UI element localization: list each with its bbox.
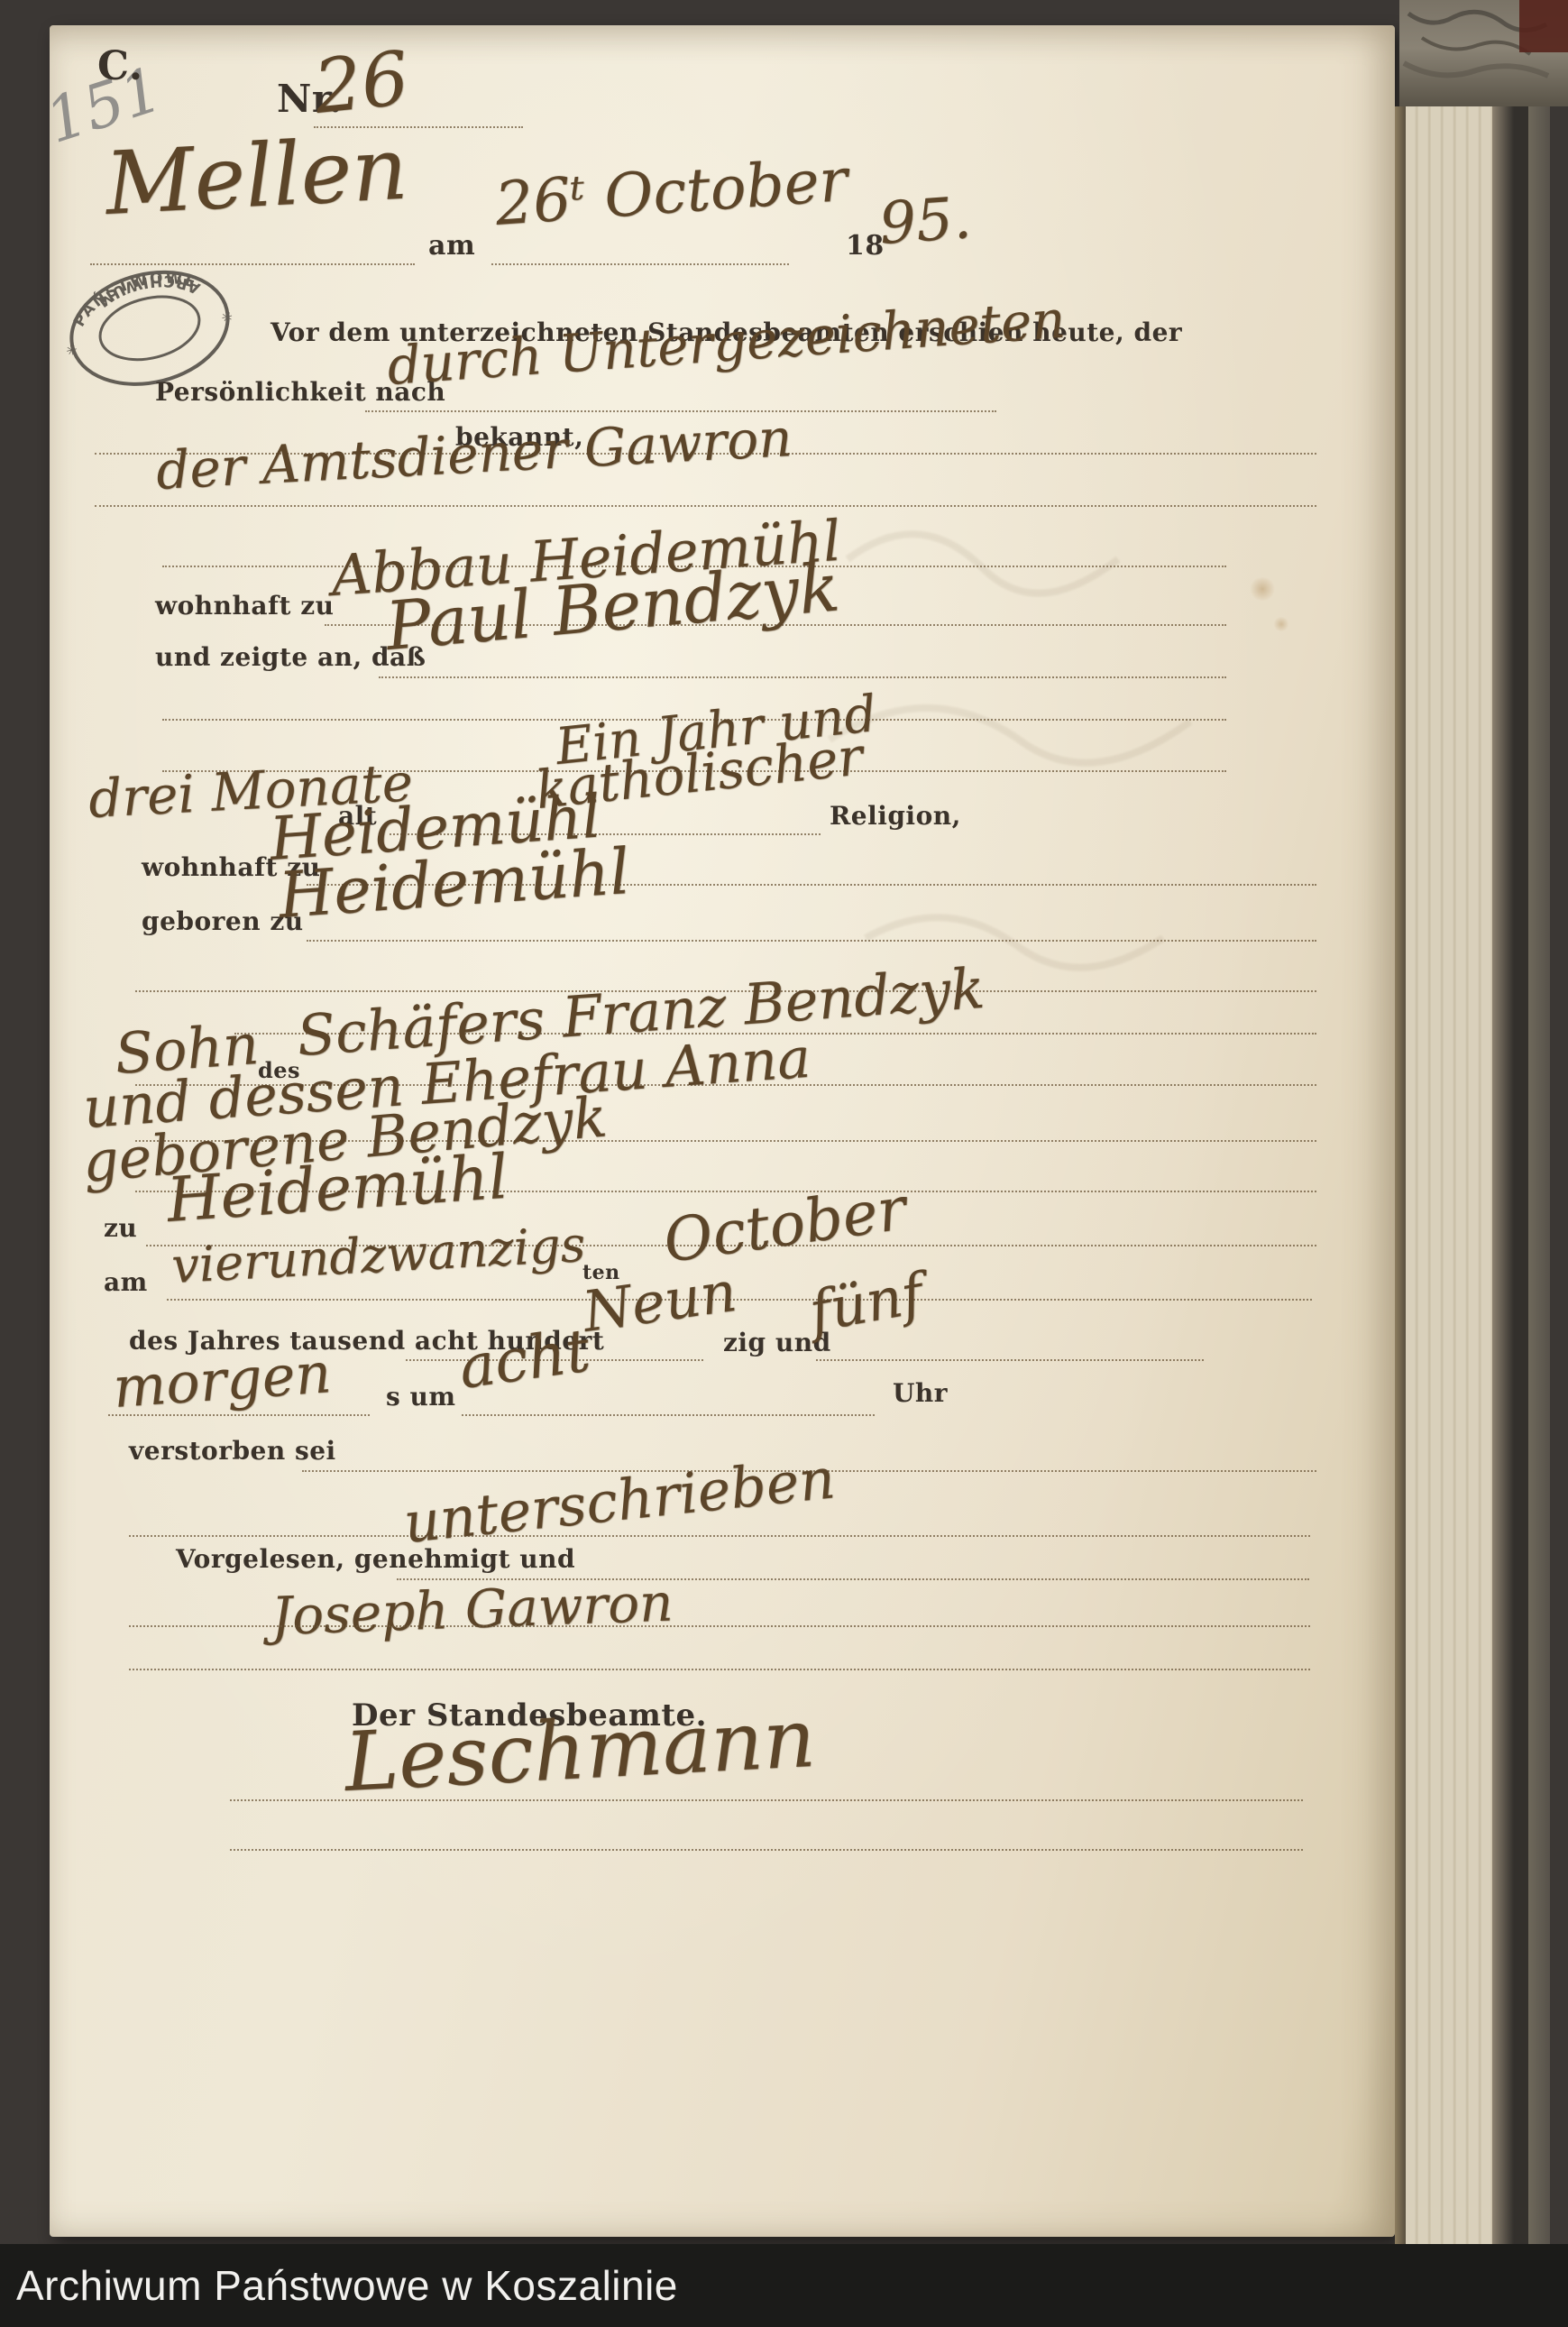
dotted-line [230,1799,1303,1801]
s-um-label: s um [386,1382,456,1412]
zu-label: zu [104,1213,137,1243]
registry-place-value: Mellen [103,118,410,235]
page-edge-dark-gap [1492,106,1528,2244]
dotted-line [90,263,415,265]
dotted-line [129,1535,1310,1537]
dotted-line [462,1414,875,1416]
dotted-line [816,1359,1204,1361]
dotted-line [129,1625,1310,1627]
dotted-line [167,1299,1312,1301]
closing-label: Vorgelesen, genehmigt und [176,1544,575,1574]
dotted-line [108,1414,370,1416]
death-am-label: am [104,1267,148,1297]
spine-threads [1399,0,1568,106]
record-number-value: 26 [310,36,413,131]
scanned-record-page: 151 C. PAŃSTWOWE ARCHIWUM ✳ ✳ Nr. 26 Mel… [0,0,1568,2327]
stamp-star-left: ✳ [65,343,79,360]
dotted-line [491,263,789,265]
ink-bleed-through [812,451,1316,1173]
date-am-label: am [428,230,475,262]
dotted-line [129,1669,1310,1670]
stamp-star-right: ✳ [220,309,234,327]
date-year-value: 95. [877,185,974,258]
dotted-line [230,1849,1303,1851]
archive-footer-bar: Archiwum Państwowe w Koszalinie [0,2244,1568,2327]
date-century-label: 18 [846,230,885,262]
archive-name: Archiwum Państwowe w Koszalinie [16,2261,678,2310]
wohnhaft-label: wohnhaft zu [155,591,334,621]
anzeige-label: und zeigte an, daß [155,642,426,672]
verstorben-label: verstorben sei [129,1436,336,1466]
far-page-edge [1528,106,1550,2244]
adjacent-page-edges [1406,106,1492,2244]
uhr-label: Uhr [893,1378,948,1408]
corner-letter: C. [97,43,143,89]
page-gutter-shadow [1395,106,1406,2244]
